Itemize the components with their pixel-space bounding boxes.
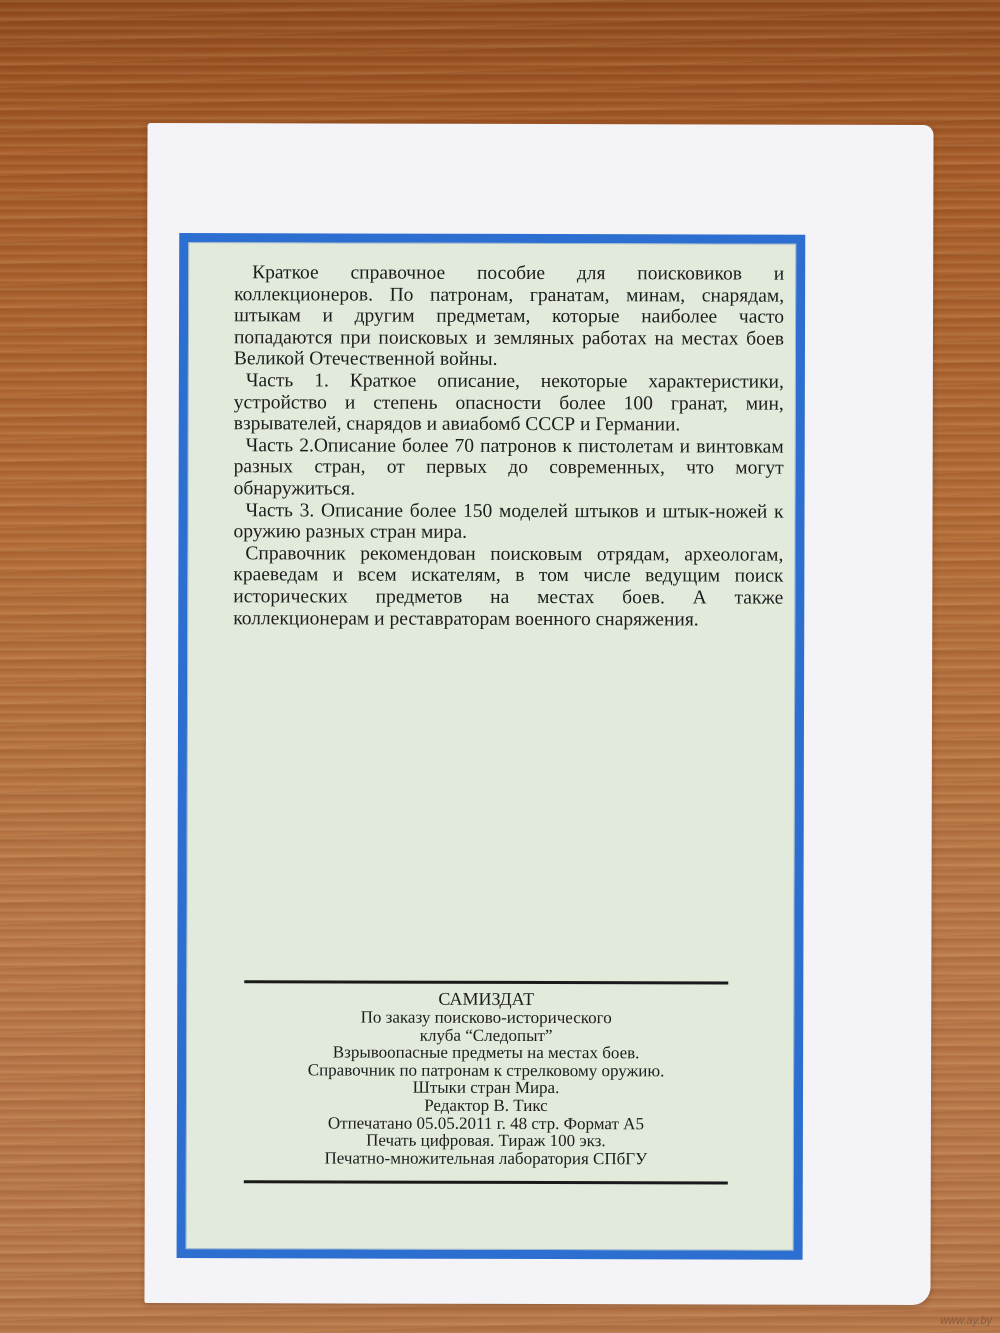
description-part-2: Часть 2.Описание более 70 патронов к пис… [234,435,784,501]
imprint-line-lab: Печатно-множительная лаборатория СПбГУ [244,1149,728,1168]
imprint-block: САМИЗДАТ По заказу поисково-историческог… [244,980,729,1185]
description-part-3: Часть 3. Описание более 150 моделей штык… [233,500,783,545]
description-part-1: Часть 1. Краткое описание, некоторые хар… [234,370,784,436]
booklet-back-cover: Краткое справочное пособие для поисковик… [144,123,933,1305]
site-watermark: www.ay.by [940,1315,992,1327]
imprint-line-order: По заказу поисково-исторического [244,1008,728,1027]
imprint-line-printed: Отпечатано 05.05.2011 г. 48 стр. Формат … [244,1114,728,1133]
description-intro: Краткое справочное пособие для поисковик… [234,262,784,371]
imprint-top-rule [244,980,728,984]
imprint-line-club: клуба “Следопыт” [244,1026,728,1045]
description-text: Краткое справочное пособие для поисковик… [233,262,784,631]
blue-bordered-panel: Краткое справочное пособие для поисковик… [177,233,806,1260]
imprint-line-editor: Редактор В. Тикс [244,1096,728,1115]
imprint-line-title-3: Штыки стран Мира. [244,1079,728,1098]
imprint-line-print-run: Печать цифровая. Тираж 100 экз. [244,1131,728,1150]
description-recommendation: Справочник рекомендован поисковым отряда… [233,543,783,631]
imprint-line-title-2: Справочник по патронам к стрелковому ору… [244,1061,728,1080]
imprint-publisher: САМИЗДАТ [244,989,728,1009]
